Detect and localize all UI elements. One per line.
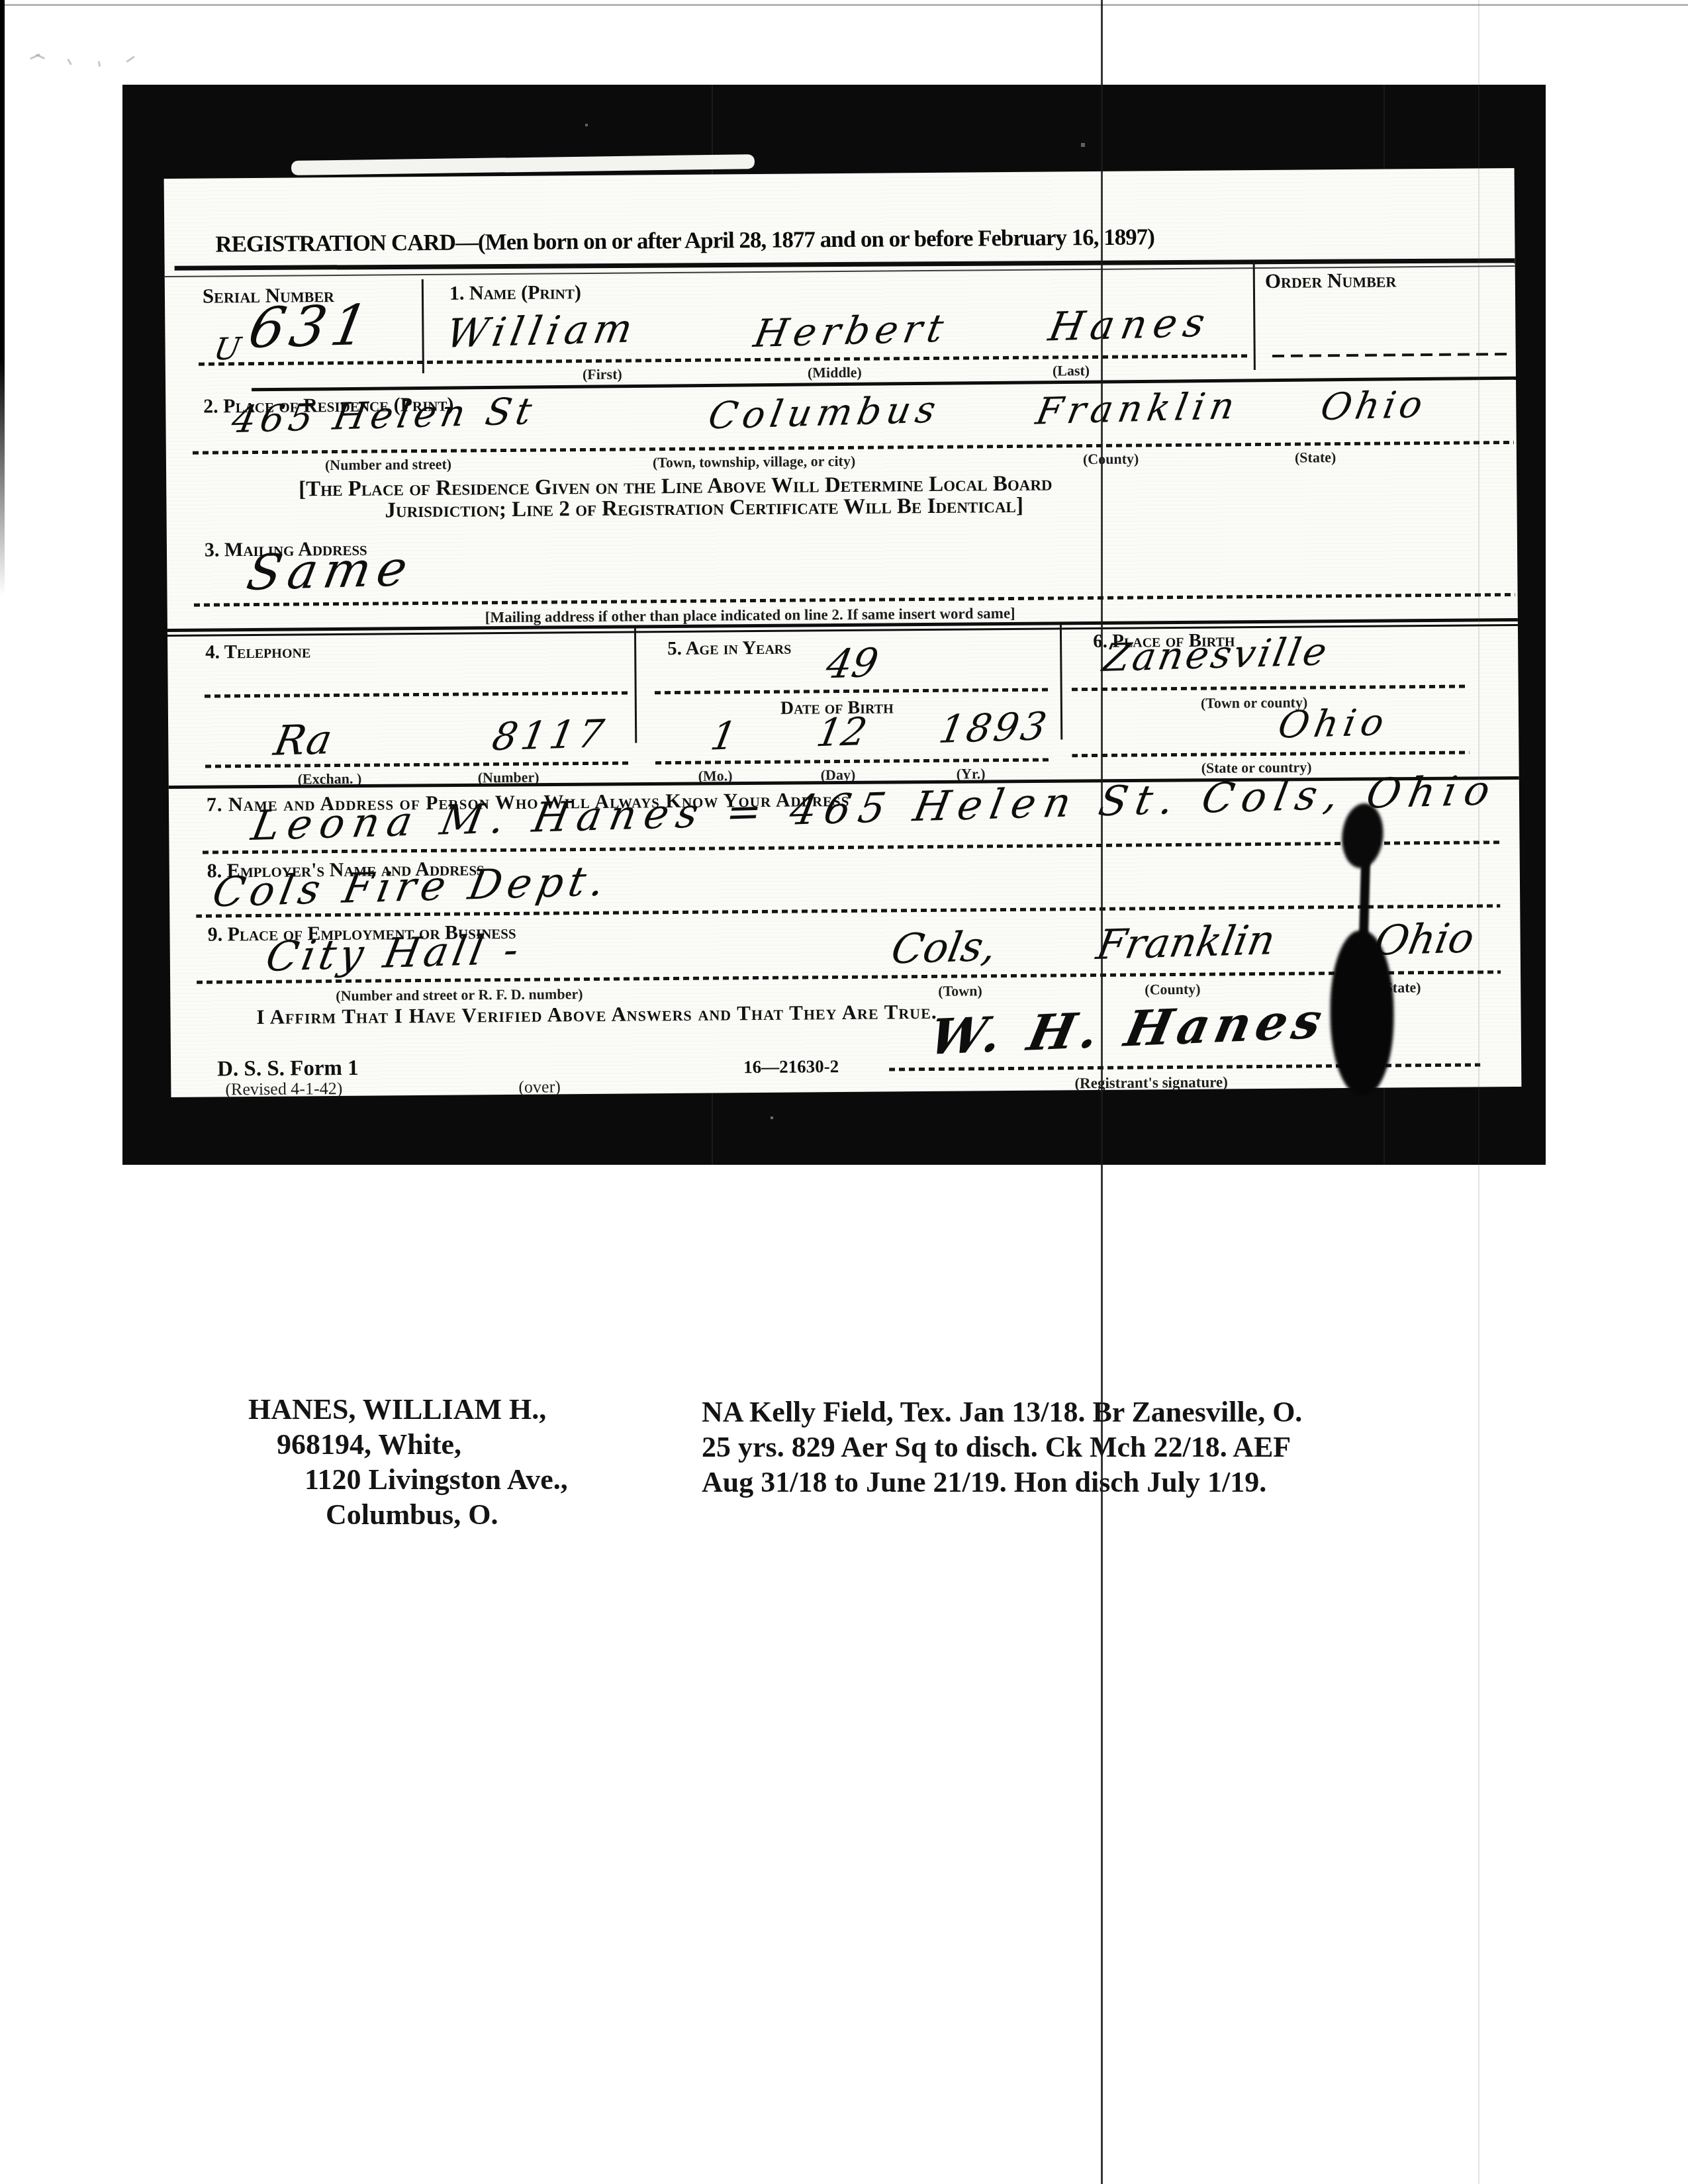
- residence-note-line2: Jurisdiction; Line 2 of Registration Cer…: [385, 495, 1023, 522]
- serial-name-divider: [422, 279, 424, 373]
- sub-state: (State): [1295, 450, 1336, 465]
- signature-sublabel: (Registrant's signature): [1074, 1074, 1228, 1091]
- mailing-value-handwritten: Same: [244, 544, 418, 598]
- backdrop-speckles: [122, 85, 124, 86]
- employment-county-handwritten: Franklin: [1094, 919, 1278, 966]
- sub-last: (Last): [1053, 363, 1090, 378]
- age-write-line: [655, 688, 1052, 695]
- left-edge-scan-strip: [0, 0, 5, 596]
- employment-state-handwritten: Ohio: [1372, 917, 1477, 961]
- over-note: (over): [518, 1078, 561, 1095]
- residence-town-handwritten: Columbus: [706, 392, 944, 435]
- pencil-mark: [126, 56, 134, 62]
- annotation-name-line: HANES, WILLIAM H.,: [248, 1395, 546, 1424]
- signature-line: [889, 1063, 1480, 1071]
- serial-prefix-handwritten: U: [212, 333, 243, 364]
- telephone-blank-line: [205, 692, 628, 698]
- pencil-mark: [98, 61, 101, 66]
- annotation-service-line2: 25 yrs. 829 Aer Sq to disch. Ck Mch 22/1…: [702, 1433, 1291, 1462]
- sub-number-street: (Number and street): [325, 457, 451, 473]
- dob-day-handwritten: 12: [814, 712, 870, 752]
- vertical-scan-line: [1101, 0, 1103, 2184]
- employer-value-handwritten: Cols Fire Dept.: [209, 860, 613, 913]
- age-label: 5. Age in Years: [667, 639, 791, 659]
- sub-first: (First): [583, 367, 622, 382]
- annotation-address-line: 1120 Livingston Ave.,: [305, 1465, 568, 1494]
- mailing-note: [Mailing address if other than place ind…: [485, 606, 1015, 625]
- registrant-signature-handwritten: W. H. Hanes: [925, 997, 1331, 1062]
- residence-state-handwritten: Ohio: [1318, 387, 1430, 427]
- scanned-page: REGISTRATION CARD—(Men born on or after …: [0, 0, 1688, 2184]
- residence-county-handwritten: Franklin: [1033, 388, 1243, 431]
- faint-vertical-scan-line: [1478, 0, 1479, 2184]
- sub-middle: (Middle): [808, 365, 862, 381]
- sub-county: (County): [1083, 451, 1139, 467]
- card-title: REGISTRATION CARD—(Men born on or after …: [215, 224, 1154, 257]
- dob-write-line: [655, 758, 1053, 765]
- telephone-number-handwritten: 8117: [489, 714, 610, 756]
- print-code: 16—21630-2: [743, 1058, 839, 1076]
- ink-blot-bottom: [1330, 930, 1395, 1096]
- sub-year: (Yr.): [957, 766, 986, 781]
- affirmation-text: I Affirm That I Have Verified Above Answ…: [256, 1001, 937, 1027]
- telephone-age-divider: [634, 627, 637, 743]
- form-revised: (Revised 4-1-42): [225, 1080, 342, 1098]
- sub-emp-town: (Town): [938, 983, 982, 999]
- dob-year-handwritten: 1893: [936, 707, 1052, 749]
- annotation-city-line: Columbus, O.: [326, 1500, 498, 1529]
- annotation-serial-line: 968194, White,: [277, 1430, 461, 1459]
- top-scan-hairline: [0, 4, 1688, 6]
- dob-month-handwritten: 1: [708, 716, 739, 755]
- form-number: D. S. S. Form 1: [217, 1058, 359, 1081]
- birth-state-handwritten: Ohio: [1275, 704, 1392, 745]
- registration-card: REGISTRATION CARD—(Men born on or after …: [164, 168, 1522, 1097]
- serial-value-handwritten: 631: [245, 297, 378, 356]
- birth-town-write-line: [1072, 685, 1469, 692]
- name-last-handwritten: Hanes: [1046, 302, 1215, 347]
- order-column-divider: [1253, 261, 1256, 370]
- sub-emp-county: (County): [1145, 982, 1201, 997]
- employment-town-handwritten: Cols,: [888, 926, 1000, 970]
- annotation-service-line1: NA Kelly Field, Tex. Jan 13/18. Br Zanes…: [702, 1398, 1302, 1427]
- age-birth-divider: [1060, 624, 1062, 739]
- age-value-handwritten: 49: [823, 643, 882, 684]
- order-number-blank-line: [1272, 353, 1509, 357]
- telephone-write-line: [205, 762, 629, 768]
- birth-town-handwritten: Zanesville: [1100, 632, 1333, 677]
- pencil-mark: [67, 58, 72, 65]
- name-label: 1. Name (Print): [449, 283, 581, 304]
- residence-street-handwritten: 465 Helen St: [229, 393, 539, 439]
- sub-street-rfd: (Number and street or R. F. D. number): [336, 987, 583, 1003]
- employment-street-handwritten: City Hall -: [263, 929, 526, 978]
- sub-town-township: (Town, township, village, or city): [653, 454, 855, 470]
- order-number-label: Order Number: [1265, 269, 1397, 291]
- name-middle-handwritten: Herbert: [751, 309, 952, 353]
- birth-state-write-line: [1072, 751, 1469, 758]
- annotation-service-line3: Aug 31/18 to June 21/19. Hon disch July …: [702, 1468, 1266, 1497]
- telephone-exchange-handwritten: Ra: [271, 719, 336, 762]
- sub-day: (Day): [821, 768, 856, 782]
- telephone-label: 4. Telephone: [205, 642, 310, 662]
- name-first-handwritten: William: [444, 308, 641, 353]
